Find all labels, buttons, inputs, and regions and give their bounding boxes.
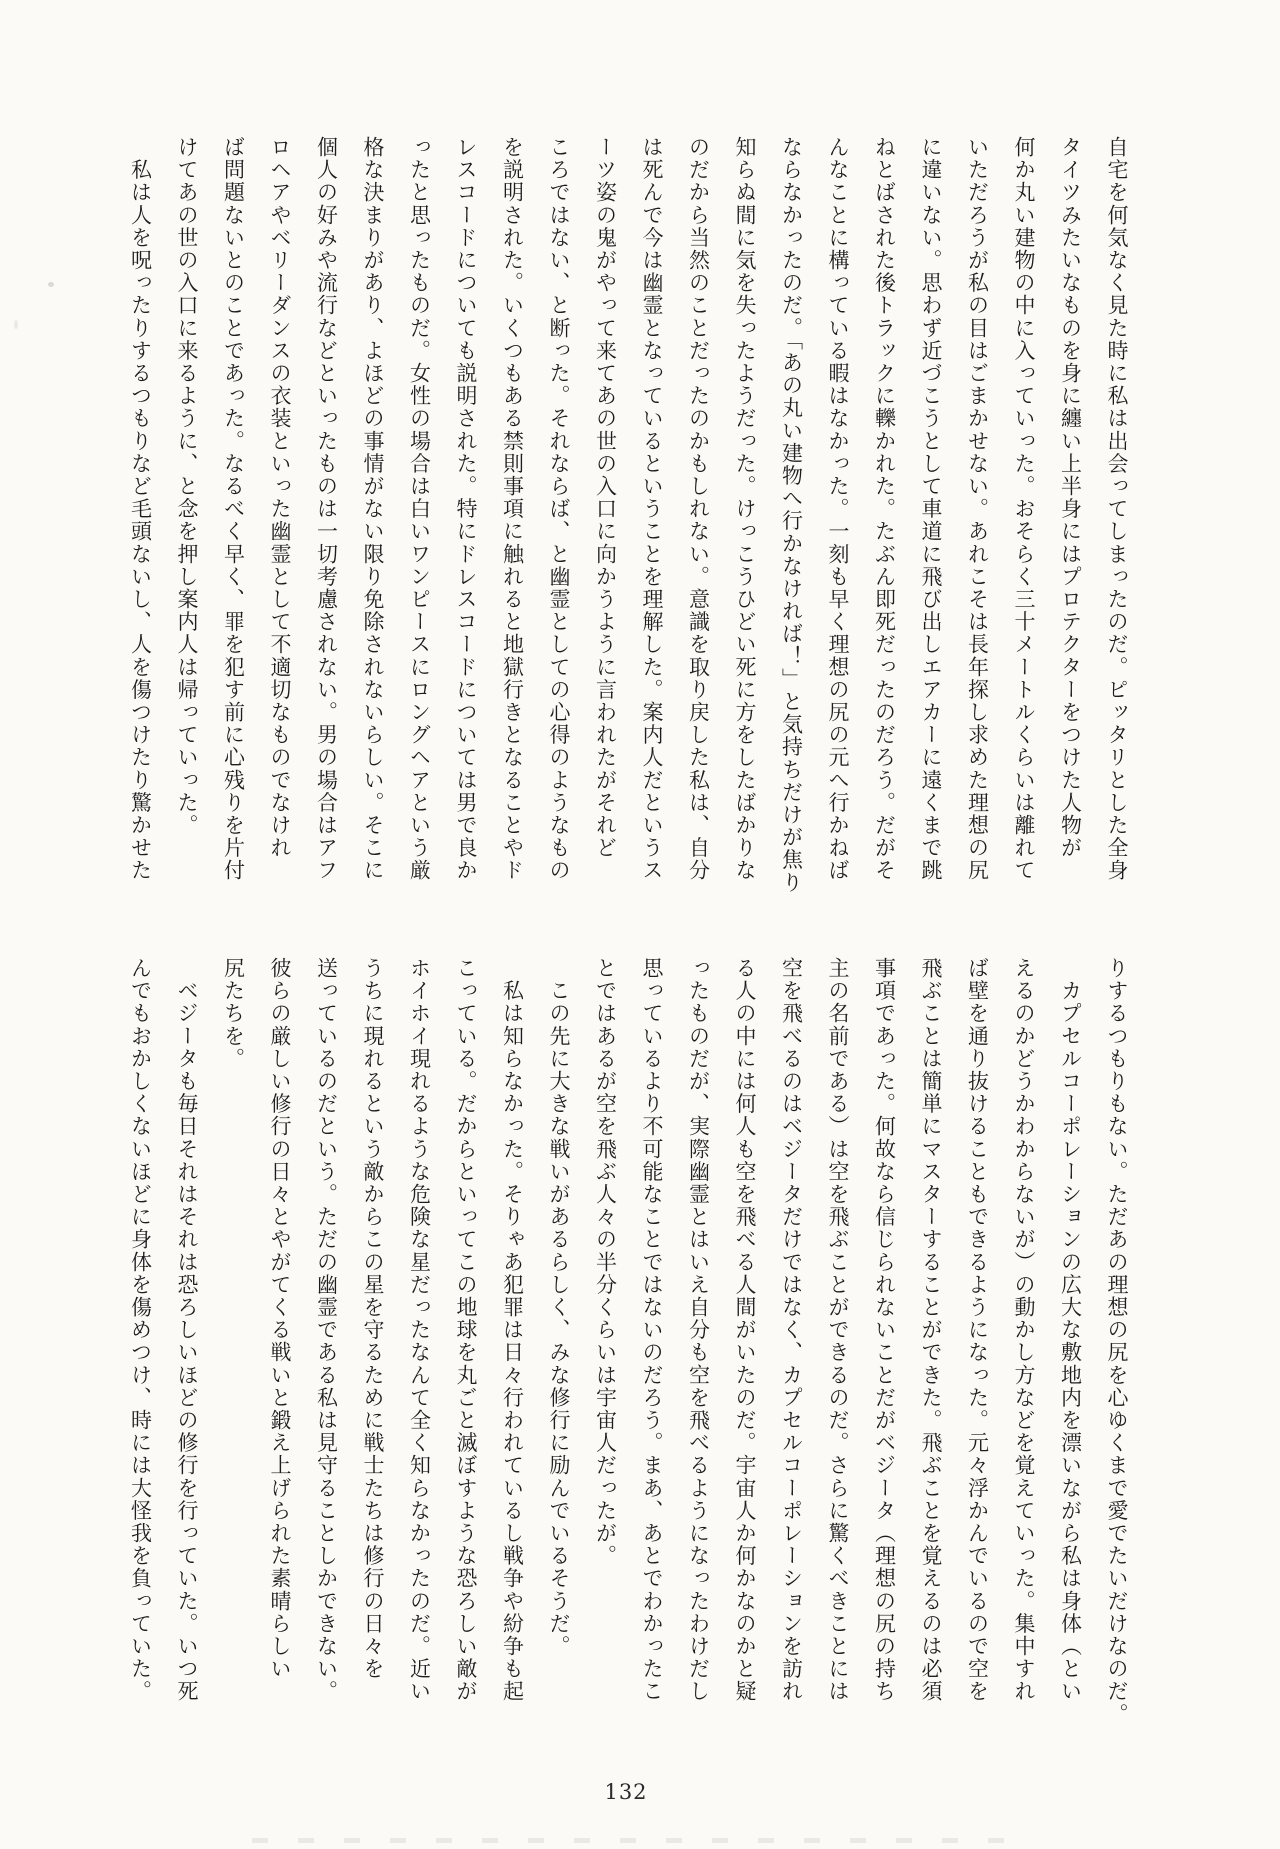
text-column: うちに現れるという敵からこの星を守るために戦士たちは修行の日々を: [350, 957, 397, 1735]
text-column: 主の名前である）は空を飛ぶことができるのだ。さらに驚くべきことには: [815, 957, 862, 1735]
text-column: こっている。だからといってこの地球を丸ごと滅ぼすような恐ろしい敵が: [443, 957, 490, 1735]
text-block-top: 自宅を何気なく見た時に私は出会ってしまったのだ。ピッタリとした全身 タイツみたい…: [117, 136, 1140, 914]
scan-speck: [48, 282, 54, 287]
text-column: 知らぬ間に気を失ったようだった。けっこうひどい死に方をしたばかりな: [722, 136, 769, 914]
text-column: ロヘアやベリーダンスの衣装といった幽霊として不適切なものでなけれ: [257, 136, 304, 914]
text-column: ば問題ないとのことであった。なるべく早く、罪を犯す前に心残りを片付: [210, 136, 257, 914]
text-column: んでもおかしくないほどに身体を傷めつけ、時には大怪我を負っていた。: [117, 957, 164, 1735]
text-column: ば壁を通り抜けることもできるようになった。元々浮かんでいるので空を: [954, 957, 1001, 1735]
text-column: ったものだが、実際幽霊とはいえ自分も空を飛べるようになったわけだし: [675, 957, 722, 1735]
text-column: ならなかったのだ。「あの丸い建物へ行かなければ！」と気持ちだけが焦り: [768, 136, 815, 914]
text-column: カプセルコーポレーションの広大な敷地内を漂いながら私は身体（とい: [1047, 957, 1094, 1735]
text-column: 何か丸い建物の中に入っていった。おそらく三十メートルくらいは離れて: [1001, 136, 1048, 914]
text-column: ホイホイ現れるような危険な星だったなんて全く知らなかったのだ。近い: [396, 957, 443, 1735]
text-column: は死んで今は幽霊となっているということを理解した。案内人だというス: [629, 136, 676, 914]
text-column: ったと思ったものだ。女性の場合は白いワンピースにロングヘアという厳: [396, 136, 443, 914]
text-column: この先に大きな戦いがあるらしく、みな修行に励んでいるそうだ。: [536, 957, 583, 1735]
text-column: 私は人を呪ったりするつもりなど毛頭ないし、人を傷つけたり驚かせた: [117, 136, 164, 914]
text-column: を説明された。いくつもある禁則事項に触れると地獄行きとなることやド: [489, 136, 536, 914]
text-block-bottom: りするつもりもない。ただあの理想の尻を心ゆくまで愛でたいだけなのだ。 カプセルコ…: [117, 957, 1140, 1735]
text-column: ベジータも毎日それはそれは恐ろしいほどの修行を行っていた。いつ死: [164, 957, 211, 1735]
text-column: タイツみたいなものを身に纏い上半身にはプロテクターをつけた人物が: [1047, 136, 1094, 914]
text-column: んなことに構っている暇はなかった。一刻も早く理想の尻の元へ行かねば: [815, 136, 862, 914]
text-column: 私は知らなかった。そりゃあ犯罪は日々行われているし戦争や紛争も起: [489, 957, 536, 1735]
text-column: のだから当然のことだったのかもしれない。意識を取り戻した私は、自分: [675, 136, 722, 914]
text-column: ーツ姿の鬼がやって来てあの世の入口に向かうように言われたがそれど: [582, 136, 629, 914]
scan-bleed-artifact: [252, 1838, 1008, 1843]
text-column: いただろうが私の目はごまかせない。あれこそは長年探し求めた理想の尻: [954, 136, 1001, 914]
text-column: 自宅を何気なく見た時に私は出会ってしまったのだ。ピッタリとした全身: [1094, 136, 1141, 914]
text-column: とではあるが空を飛ぶ人々の半分くらいは宇宙人だったが。: [582, 957, 629, 1735]
page-number: 132: [0, 1780, 1266, 1804]
text-column: りするつもりもない。ただあの理想の尻を心ゆくまで愛でたいだけなのだ。: [1094, 957, 1141, 1735]
text-column: レスコードについても説明された。特にドレスコードについては男で良か: [443, 136, 490, 914]
text-column: 飛ぶことは簡単にマスターすることができた。飛ぶことを覚えるのは必須: [908, 957, 955, 1735]
text-column: ころではない、と断った。それならば、と幽霊としての心得のようなもの: [536, 136, 583, 914]
text-column: 彼らの厳しい修行の日々とやがてくる戦いと鍛え上げられた素晴らしい: [257, 957, 304, 1735]
scan-speck: [14, 320, 18, 329]
text-column: 思っているより不可能なことではないのだろう。まあ、あとでわかったこ: [629, 957, 676, 1735]
scanned-page: 自宅を何気なく見た時に私は出会ってしまったのだ。ピッタリとした全身 タイツみたい…: [0, 0, 1280, 1849]
text-column: 個人の好みや流行などといったものは一切考慮されない。男の場合はアフ: [303, 136, 350, 914]
text-column: 格な決まりがあり、よほどの事情がない限り免除されないらしい。そこに: [350, 136, 397, 914]
text-column: 送っているのだという。ただの幽霊である私は見守ることしかできない。: [303, 957, 350, 1735]
text-column: えるのかどうかわからないが）の動かし方などを覚えていった。集中すれ: [1001, 957, 1048, 1735]
text-column: 事項であった。何故なら信じられないことだがベジータ（理想の尻の持ち: [861, 957, 908, 1735]
text-column: る人の中には何人も空を飛べる人間がいたのだ。宇宙人か何かなのかと疑: [722, 957, 769, 1735]
text-column: 空を飛べるのはベジータだけではなく、カプセルコーポレーションを訪れ: [768, 957, 815, 1735]
text-column: 尻たちを。: [210, 957, 257, 1735]
text-column: ねとばされた後トラックに轢かれた。たぶん即死だったのだろう。だがそ: [861, 136, 908, 914]
text-column: に違いない。思わず近づこうとして車道に飛び出しエアカーに遠くまで跳: [908, 136, 955, 914]
text-column: けてあの世の入口に来るように、と念を押し案内人は帰っていった。: [164, 136, 211, 914]
